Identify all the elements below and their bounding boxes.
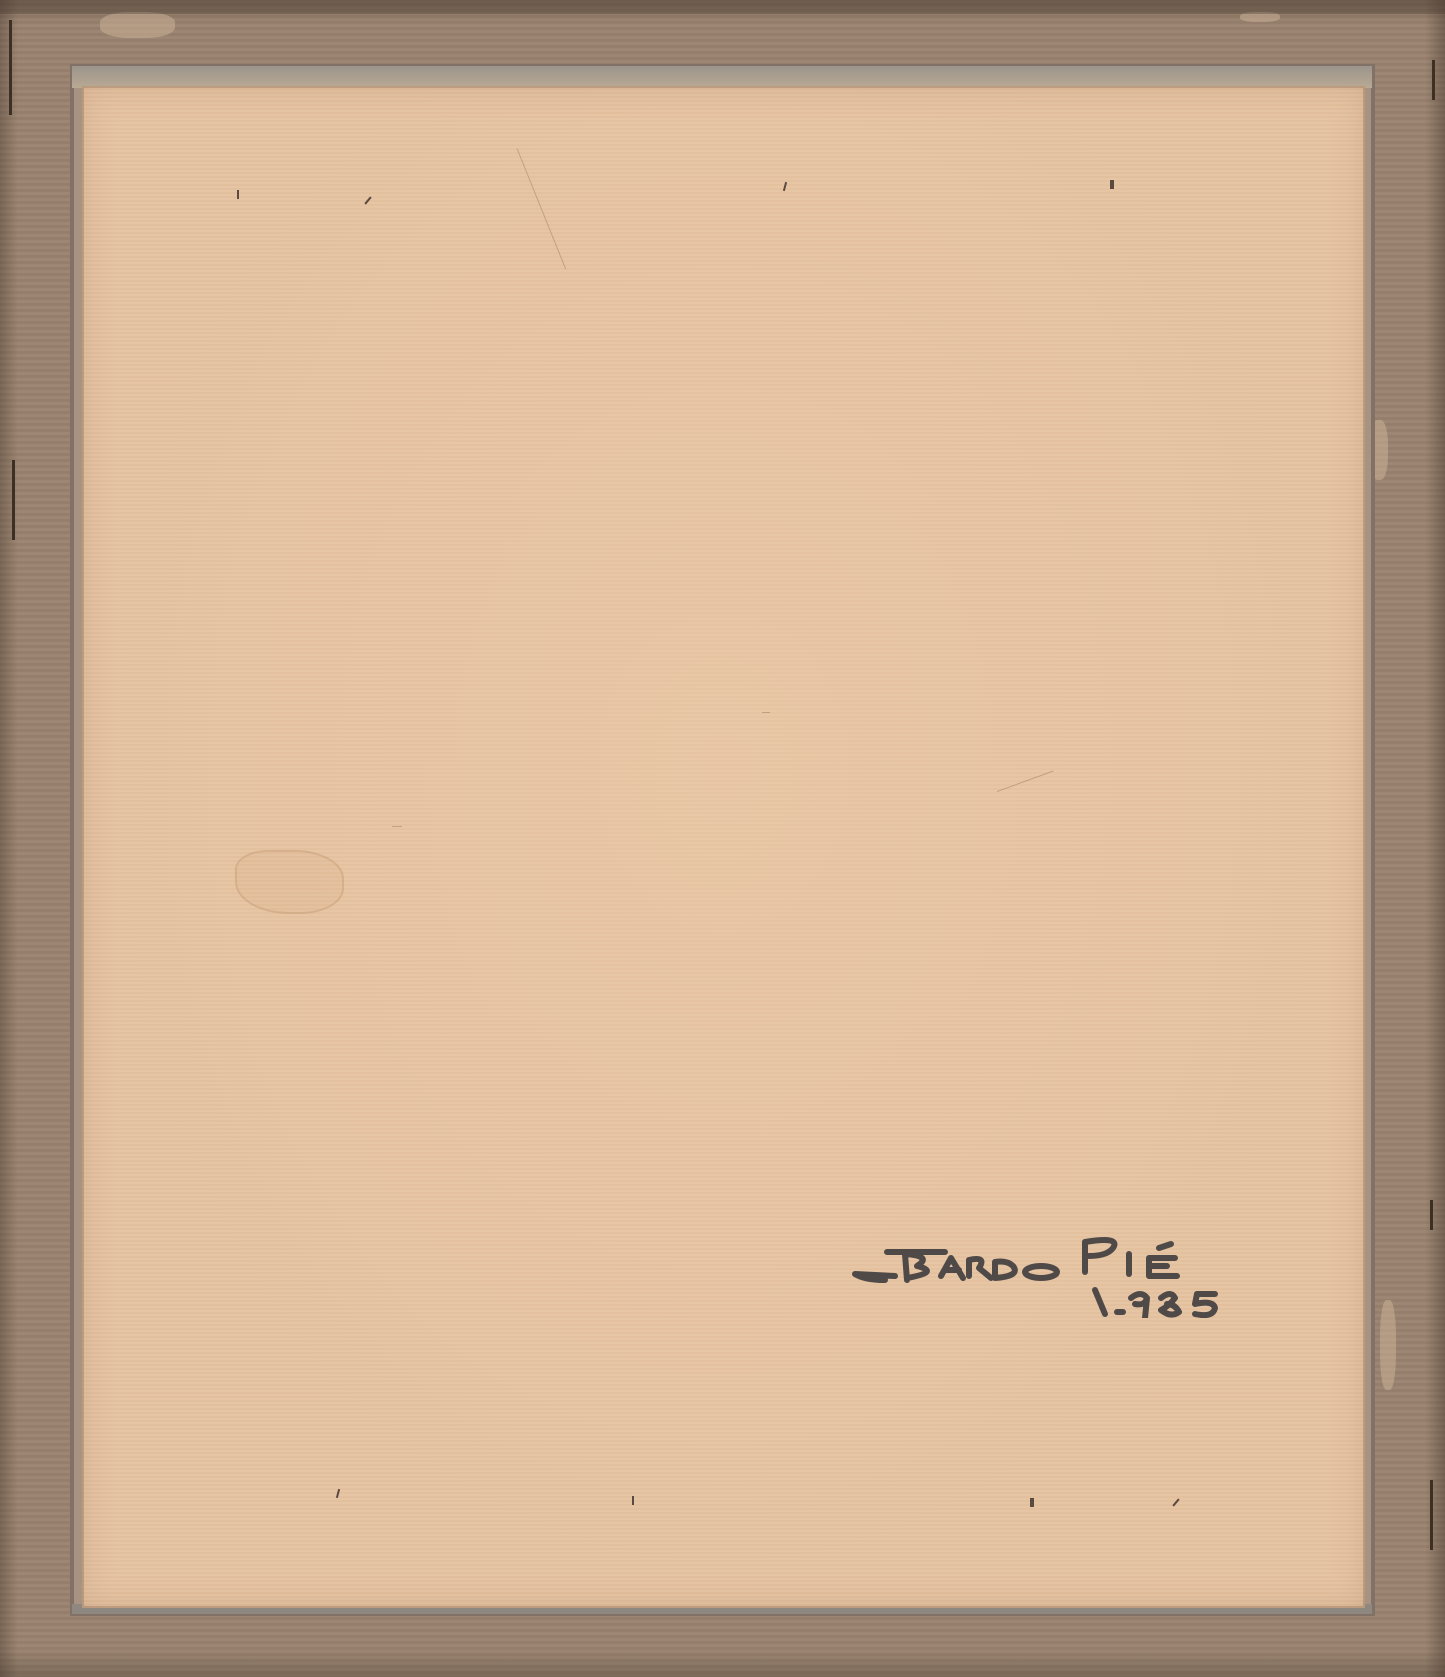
frame-crack [12, 460, 15, 540]
staple [1172, 1498, 1179, 1506]
frame-paint-loss [100, 12, 175, 38]
staple [336, 1489, 340, 1498]
liner-top-edge [72, 66, 1372, 88]
frame-crack [9, 20, 12, 115]
staple [783, 182, 787, 191]
staple [632, 1496, 634, 1505]
staple [1110, 180, 1114, 189]
scratch [997, 771, 1054, 792]
scratch [392, 826, 402, 827]
painting-back-photo: JBARDO PIÉ 1.985 [0, 0, 1445, 1677]
scratch [762, 712, 770, 713]
staple [1030, 1498, 1034, 1507]
frame-crack [1432, 60, 1435, 100]
frame-shadow [0, 0, 1445, 14]
staple [364, 196, 371, 204]
frame-crack [1430, 1200, 1433, 1230]
water-stain [235, 850, 344, 914]
signature-drawing [845, 1228, 1235, 1318]
artist-signature: JBARDO PIÉ 1.985 [845, 1228, 1235, 1318]
staple [237, 190, 239, 199]
frame-crack [1430, 1480, 1433, 1550]
scratch [517, 148, 567, 269]
frame-paint-loss [1380, 1300, 1396, 1390]
canvas-backing-panel [82, 86, 1365, 1608]
